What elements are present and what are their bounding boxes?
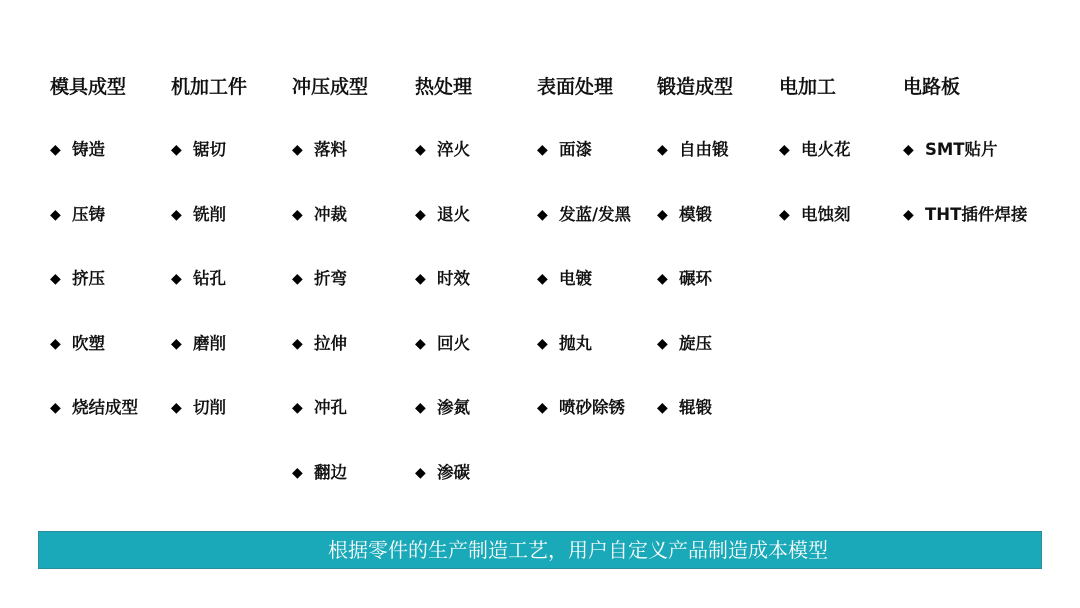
diamond-bullet-icon: ◆ xyxy=(537,139,551,161)
item-label: 冲孔 xyxy=(314,397,347,419)
list-item: ◆挤压 xyxy=(50,268,138,333)
column-items: ◆锯切 ◆铣削 ◆钻孔 ◆磨削 ◆切削 xyxy=(171,139,247,462)
list-item: ◆拉伸 xyxy=(292,333,368,398)
column-items: ◆铸造 ◆压铸 ◆挤压 ◆吹塑 ◆烧结成型 xyxy=(50,139,138,462)
list-item: ◆碾环 xyxy=(657,268,733,333)
diamond-bullet-icon: ◆ xyxy=(657,268,671,290)
diamond-bullet-icon: ◆ xyxy=(903,204,917,226)
list-item: ◆退火 xyxy=(415,204,472,269)
list-item: ◆THT插件焊接 xyxy=(903,204,1027,269)
diamond-bullet-icon: ◆ xyxy=(537,204,551,226)
item-label: 抛丸 xyxy=(559,333,592,355)
diamond-bullet-icon: ◆ xyxy=(292,333,306,355)
item-label: 压铸 xyxy=(72,204,105,226)
item-label: 磨削 xyxy=(193,333,226,355)
list-item: ◆电火花 xyxy=(779,139,851,204)
diamond-bullet-icon: ◆ xyxy=(171,204,185,226)
list-item: ◆回火 xyxy=(415,333,472,398)
summary-banner: 根据零件的生产制造工艺，用户自定义产品制造成本模型 xyxy=(38,531,1042,569)
diamond-bullet-icon: ◆ xyxy=(537,397,551,419)
item-label: 淬火 xyxy=(437,139,470,161)
column-items: ◆电火花 ◆电蚀刻 xyxy=(779,139,851,268)
diamond-bullet-icon: ◆ xyxy=(171,268,185,290)
diamond-bullet-icon: ◆ xyxy=(415,462,429,484)
column-items: ◆SMT贴片 ◆THT插件焊接 xyxy=(903,139,1027,268)
banner-text: 根据零件的生产制造工艺，用户自定义产品制造成本模型 xyxy=(328,532,828,568)
column-surface-treatment: 表面处理 ◆面漆 ◆发蓝/发黑 ◆电镀 ◆抛丸 ◆喷砂除锈 xyxy=(537,72,631,462)
item-label: 旋压 xyxy=(679,333,712,355)
diamond-bullet-icon: ◆ xyxy=(415,268,429,290)
diamond-bullet-icon: ◆ xyxy=(292,268,306,290)
diamond-bullet-icon: ◆ xyxy=(657,397,671,419)
diamond-bullet-icon: ◆ xyxy=(415,333,429,355)
column-title: 冲压成型 xyxy=(292,72,368,102)
item-label: 拉伸 xyxy=(314,333,347,355)
list-item: ◆折弯 xyxy=(292,268,368,333)
column-title: 锻造成型 xyxy=(657,72,733,102)
item-label: THT插件焊接 xyxy=(925,204,1027,226)
list-item: ◆钻孔 xyxy=(171,268,247,333)
diamond-bullet-icon: ◆ xyxy=(657,139,671,161)
column-title: 表面处理 xyxy=(537,72,631,102)
list-item: ◆锯切 xyxy=(171,139,247,204)
item-label: 锯切 xyxy=(193,139,226,161)
diamond-bullet-icon: ◆ xyxy=(779,204,793,226)
list-item: ◆烧结成型 xyxy=(50,397,138,462)
column-forging: 锻造成型 ◆自由锻 ◆模锻 ◆碾环 ◆旋压 ◆辊锻 xyxy=(657,72,733,462)
list-item: ◆辊锻 xyxy=(657,397,733,462)
list-item: ◆落料 xyxy=(292,139,368,204)
list-item: ◆SMT贴片 xyxy=(903,139,1027,204)
list-item: ◆铸造 xyxy=(50,139,138,204)
item-label: 时效 xyxy=(437,268,470,290)
list-item: ◆渗碳 xyxy=(415,462,472,527)
diamond-bullet-icon: ◆ xyxy=(292,204,306,226)
item-label: 折弯 xyxy=(314,268,347,290)
list-item: ◆淬火 xyxy=(415,139,472,204)
list-item: ◆电蚀刻 xyxy=(779,204,851,269)
list-item: ◆时效 xyxy=(415,268,472,333)
list-item: ◆喷砂除锈 xyxy=(537,397,631,462)
item-label: 碾环 xyxy=(679,268,712,290)
diamond-bullet-icon: ◆ xyxy=(779,139,793,161)
column-mold-forming: 模具成型 ◆铸造 ◆压铸 ◆挤压 ◆吹塑 ◆烧结成型 xyxy=(50,72,138,462)
column-electrical-machining: 电加工 ◆电火花 ◆电蚀刻 xyxy=(779,72,851,268)
item-label: 落料 xyxy=(314,139,347,161)
diamond-bullet-icon: ◆ xyxy=(657,333,671,355)
item-label: 钻孔 xyxy=(193,268,226,290)
diamond-bullet-icon: ◆ xyxy=(50,397,64,419)
item-label: 面漆 xyxy=(559,139,592,161)
list-item: ◆发蓝/发黑 xyxy=(537,204,631,269)
list-item: ◆切削 xyxy=(171,397,247,462)
item-label: 自由锻 xyxy=(679,139,729,161)
diamond-bullet-icon: ◆ xyxy=(171,397,185,419)
diamond-bullet-icon: ◆ xyxy=(50,333,64,355)
column-circuit-board: 电路板 ◆SMT贴片 ◆THT插件焊接 xyxy=(903,72,1027,268)
item-label: 喷砂除锈 xyxy=(559,397,625,419)
list-item: ◆铣削 xyxy=(171,204,247,269)
item-label: 烧结成型 xyxy=(72,397,138,419)
item-label: 铸造 xyxy=(72,139,105,161)
diamond-bullet-icon: ◆ xyxy=(171,139,185,161)
process-categories-slide: 模具成型 ◆铸造 ◆压铸 ◆挤压 ◆吹塑 ◆烧结成型 机加工件 ◆锯切 ◆铣削 … xyxy=(0,0,1080,608)
item-label: SMT贴片 xyxy=(925,139,998,161)
item-label: 冲裁 xyxy=(314,204,347,226)
item-label: 退火 xyxy=(437,204,470,226)
diamond-bullet-icon: ◆ xyxy=(537,333,551,355)
diamond-bullet-icon: ◆ xyxy=(903,139,917,161)
column-items: ◆淬火 ◆退火 ◆时效 ◆回火 ◆渗氮 ◆渗碳 xyxy=(415,139,472,527)
diamond-bullet-icon: ◆ xyxy=(415,397,429,419)
column-machined-parts: 机加工件 ◆锯切 ◆铣削 ◆钻孔 ◆磨削 ◆切削 xyxy=(171,72,247,462)
diamond-bullet-icon: ◆ xyxy=(50,268,64,290)
diamond-bullet-icon: ◆ xyxy=(657,204,671,226)
column-title: 电加工 xyxy=(779,72,851,102)
column-items: ◆落料 ◆冲裁 ◆折弯 ◆拉伸 ◆冲孔 ◆翻边 xyxy=(292,139,368,527)
diamond-bullet-icon: ◆ xyxy=(415,204,429,226)
list-item: ◆冲孔 xyxy=(292,397,368,462)
item-label: 渗碳 xyxy=(437,462,470,484)
list-item: ◆翻边 xyxy=(292,462,368,527)
item-label: 辊锻 xyxy=(679,397,712,419)
diamond-bullet-icon: ◆ xyxy=(50,204,64,226)
column-items: ◆自由锻 ◆模锻 ◆碾环 ◆旋压 ◆辊锻 xyxy=(657,139,733,462)
column-title: 热处理 xyxy=(415,72,472,102)
item-label: 回火 xyxy=(437,333,470,355)
item-label: 挤压 xyxy=(72,268,105,290)
list-item: ◆模锻 xyxy=(657,204,733,269)
diamond-bullet-icon: ◆ xyxy=(292,397,306,419)
list-item: ◆电镀 xyxy=(537,268,631,333)
list-item: ◆抛丸 xyxy=(537,333,631,398)
list-item: ◆自由锻 xyxy=(657,139,733,204)
column-items: ◆面漆 ◆发蓝/发黑 ◆电镀 ◆抛丸 ◆喷砂除锈 xyxy=(537,139,631,462)
item-label: 电火花 xyxy=(801,139,851,161)
item-label: 渗氮 xyxy=(437,397,470,419)
diamond-bullet-icon: ◆ xyxy=(292,139,306,161)
column-heat-treatment: 热处理 ◆淬火 ◆退火 ◆时效 ◆回火 ◆渗氮 ◆渗碳 xyxy=(415,72,472,527)
list-item: ◆旋压 xyxy=(657,333,733,398)
column-title: 模具成型 xyxy=(50,72,138,102)
diamond-bullet-icon: ◆ xyxy=(50,139,64,161)
list-item: ◆渗氮 xyxy=(415,397,472,462)
list-item: ◆压铸 xyxy=(50,204,138,269)
item-label: 翻边 xyxy=(314,462,347,484)
list-item: ◆吹塑 xyxy=(50,333,138,398)
list-item: ◆面漆 xyxy=(537,139,631,204)
diamond-bullet-icon: ◆ xyxy=(537,268,551,290)
diamond-bullet-icon: ◆ xyxy=(415,139,429,161)
column-stamping: 冲压成型 ◆落料 ◆冲裁 ◆折弯 ◆拉伸 ◆冲孔 ◆翻边 xyxy=(292,72,368,527)
diamond-bullet-icon: ◆ xyxy=(171,333,185,355)
diamond-bullet-icon: ◆ xyxy=(292,462,306,484)
item-label: 电蚀刻 xyxy=(801,204,851,226)
item-label: 铣削 xyxy=(193,204,226,226)
list-item: ◆磨削 xyxy=(171,333,247,398)
item-label: 模锻 xyxy=(679,204,712,226)
column-title: 机加工件 xyxy=(171,72,247,102)
column-title: 电路板 xyxy=(903,72,1027,102)
item-label: 发蓝/发黑 xyxy=(559,204,631,226)
list-item: ◆冲裁 xyxy=(292,204,368,269)
item-label: 吹塑 xyxy=(72,333,105,355)
item-label: 电镀 xyxy=(559,268,592,290)
item-label: 切削 xyxy=(193,397,226,419)
